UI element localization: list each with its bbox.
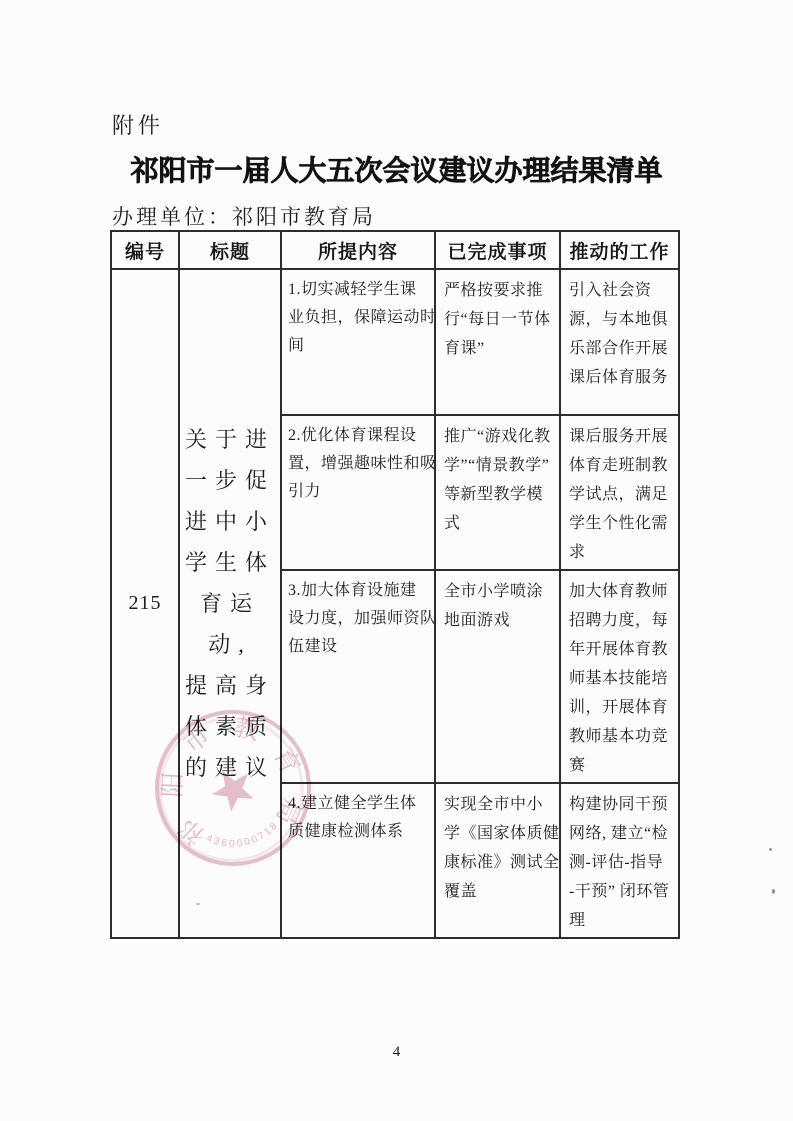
completed-cell-1: 严格按要求推 行“每日一节体 育课”: [435, 269, 560, 415]
case-number-cell: 215: [111, 269, 179, 938]
page-number: 4: [0, 1044, 793, 1061]
result-table: 编号 标题 所提内容 已完成事项 推动的工作 215 关于进 一步促 进中小 学…: [110, 230, 680, 939]
page-title: 祁阳市一届人大五次会议建议办理结果清单: [0, 149, 793, 189]
header-proposed-content: 所提内容: [281, 231, 435, 269]
scan-artifact-speck: [772, 889, 775, 894]
completed-cell-3: 全市小学喷涂 地面游戏: [435, 570, 560, 783]
case-title-cell: 关于进 一步促 进中小 学生体 育运动, 提高身 体素质 的建议: [179, 269, 281, 938]
header-promoted-work: 推动的工作: [560, 231, 679, 269]
header-completed-items: 已完成事项: [435, 231, 560, 269]
promoted-cell-2: 课后服务开展 体育走班制教 学试点，满足 学生个性化需 求: [560, 415, 679, 570]
header-title: 标题: [179, 231, 281, 269]
completed-cell-2: 推广“游戏化教 学”“情景教学” 等新型教学模 式: [435, 415, 560, 570]
header-number: 编号: [111, 231, 179, 269]
attachment-label: 附件: [112, 109, 164, 140]
proposed-cell-3: 3.加大体育设施建 设力度，加强师资队 伍建设: [281, 570, 435, 783]
handling-unit-line: 办理单位：祁阳市教育局: [112, 201, 376, 231]
scan-artifact-speck: [196, 903, 200, 905]
proposed-cell-2: 2.优化体育课程设 置，增强趣味性和吸 引力: [281, 415, 435, 570]
proposed-cell-4: 4.建立健全学生体 质健康检测体系: [281, 783, 435, 938]
promoted-cell-1: 引入社会资 源，与本地俱 乐部合作开展 课后体育服务: [560, 269, 679, 415]
promoted-cell-3: 加大体育教师 招聘力度，每 年开展体育教 师基本技能培 训，开展体育 教师基本功…: [560, 570, 679, 783]
proposed-cell-1: 1.切实减轻学生课 业负担，保障运动时 间: [281, 269, 435, 415]
promoted-cell-4: 构建协同干预 网络, 建立“检 测-评估-指导 -干预” 闭环管 理: [560, 783, 679, 938]
completed-cell-4: 实现全市中小 学《国家体质健 康标准》测试全 覆盖: [435, 783, 560, 938]
scan-artifact-speck: [769, 848, 772, 851]
scanned-document-page: { "page": { "attachment_label": "附件", "t…: [0, 0, 793, 1121]
table-header-row: 编号 标题 所提内容 已完成事项 推动的工作: [111, 231, 679, 269]
table-row: 215 关于进 一步促 进中小 学生体 育运动, 提高身 体素质 的建议 1.切…: [111, 269, 679, 415]
